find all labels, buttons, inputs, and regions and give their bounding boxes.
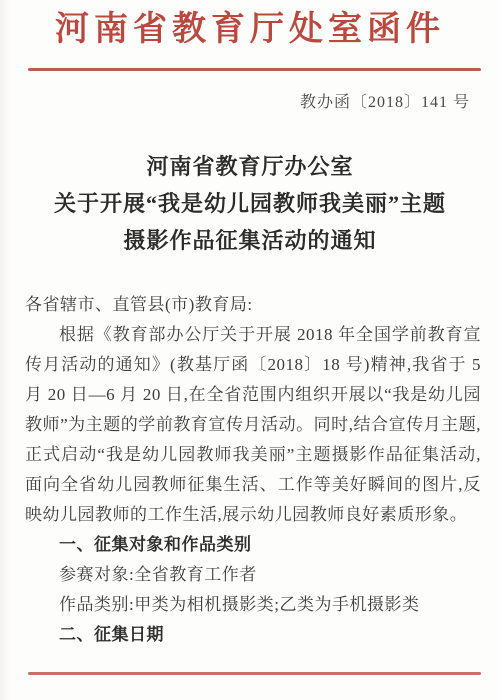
header-divider-rule	[28, 68, 481, 71]
title-line-subject: 关于开展“我是幼儿园教师我美丽”主题	[0, 185, 500, 222]
document-body: 各省辖市、直管县(市)教育局: 根据《教育部办公厅关于开展 2018 年全国学前…	[25, 290, 481, 650]
masthead-title: 河南省教育厅处室函件	[0, 8, 500, 52]
scanned-document-page: 河南省教育厅处室函件 教办函〔2018〕141 号 河南省教育厅办公室 关于开展…	[0, 0, 500, 700]
salutation-line: 各省辖市、直管县(市)教育局:	[25, 290, 481, 320]
participants-line: 参赛对象:全省教育工作者	[25, 560, 481, 590]
intro-paragraph: 根据《教育部办公厅关于开展 2018 年全国学前教育宣传月活动的通知》(教基厅函…	[25, 320, 481, 530]
section-1-heading: 一、征集对象和作品类别	[25, 530, 481, 560]
categories-line: 作品类别:甲类为相机摄影类;乙类为手机摄影类	[25, 590, 481, 620]
document-title: 河南省教育厅办公室 关于开展“我是幼儿园教师我美丽”主题 摄影作品征集活动的通知	[0, 148, 500, 259]
title-line-issuer: 河南省教育厅办公室	[0, 148, 500, 185]
footer-divider-rule	[28, 672, 481, 675]
document-number: 教办函〔2018〕141 号	[300, 92, 470, 114]
title-line-notice: 摄影作品征集活动的通知	[0, 222, 500, 259]
section-2-heading: 二、征集日期	[25, 620, 481, 650]
